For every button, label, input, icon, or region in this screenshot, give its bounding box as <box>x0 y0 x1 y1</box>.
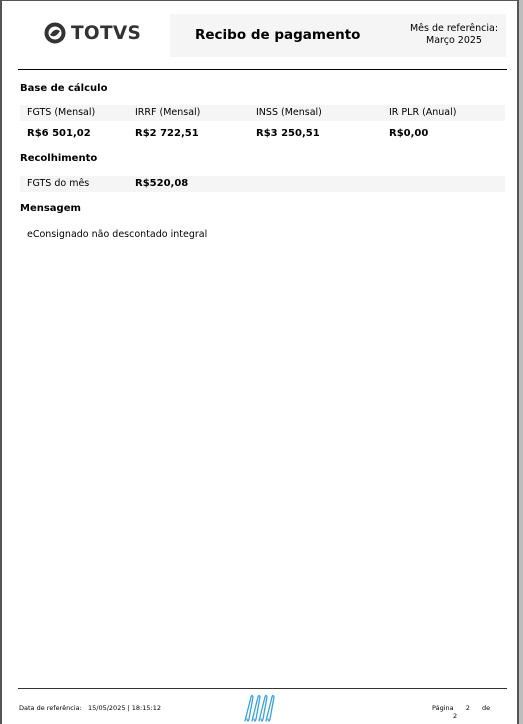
brand-name: TOTVS <box>71 23 141 44</box>
header-divider <box>18 69 507 70</box>
base-calculo-value: R$3 250,51 <box>256 128 320 139</box>
page-of: de <box>482 704 490 712</box>
document-title: Recibo de pagamento <box>195 27 360 43</box>
section-recolhimento-title: Recolhimento <box>20 153 97 164</box>
base-calculo-label: IRRF (Mensal) <box>135 107 200 118</box>
footer-pagination: Página 2 de 2 <box>432 704 517 720</box>
totvs-wave-logo-icon <box>242 691 278 724</box>
brand-logo: TOTVS <box>44 22 141 44</box>
reference-month: Mês de referência: Março 2025 <box>404 23 504 47</box>
base-calculo-value: R$0,00 <box>389 128 428 139</box>
recolhimento-value: R$520,08 <box>135 178 188 189</box>
payslip-page: TOTVS Recibo de pagamento Mês de referên… <box>0 0 519 724</box>
reference-label: Mês de referência: <box>404 23 504 35</box>
recolhimento-label: FGTS do mês <box>27 178 89 189</box>
recolhimento-row <box>20 176 505 192</box>
title-box: Recibo de pagamento Mês de referência: M… <box>170 14 506 57</box>
base-calculo-value: R$2 722,51 <box>135 128 199 139</box>
base-calculo-label: INSS (Mensal) <box>256 107 322 118</box>
totvs-logo-icon <box>44 22 66 44</box>
page-total: 2 <box>453 712 457 720</box>
footer-divider <box>18 688 507 689</box>
page-label: Página <box>432 704 454 712</box>
header: TOTVS Recibo de pagamento Mês de referên… <box>16 14 506 57</box>
section-base-calculo-title: Base de cálculo <box>20 83 107 94</box>
footer-date-label: Data de referência: <box>19 704 82 712</box>
page-current: 2 <box>466 704 470 712</box>
footer-date-value: 15/05/2025 | 18:15:12 <box>88 704 161 712</box>
base-calculo-label: IR PLR (Anual) <box>389 107 456 118</box>
base-calculo-value: R$6 501,02 <box>27 128 91 139</box>
section-mensagem-title: Mensagem <box>20 203 81 214</box>
message-text: eConsignado não descontado integral <box>27 229 207 240</box>
footer-date: Data de referência: 15/05/2025 | 18:15:1… <box>19 704 161 712</box>
base-calculo-label: FGTS (Mensal) <box>27 107 95 118</box>
reference-value: Março 2025 <box>404 35 504 47</box>
